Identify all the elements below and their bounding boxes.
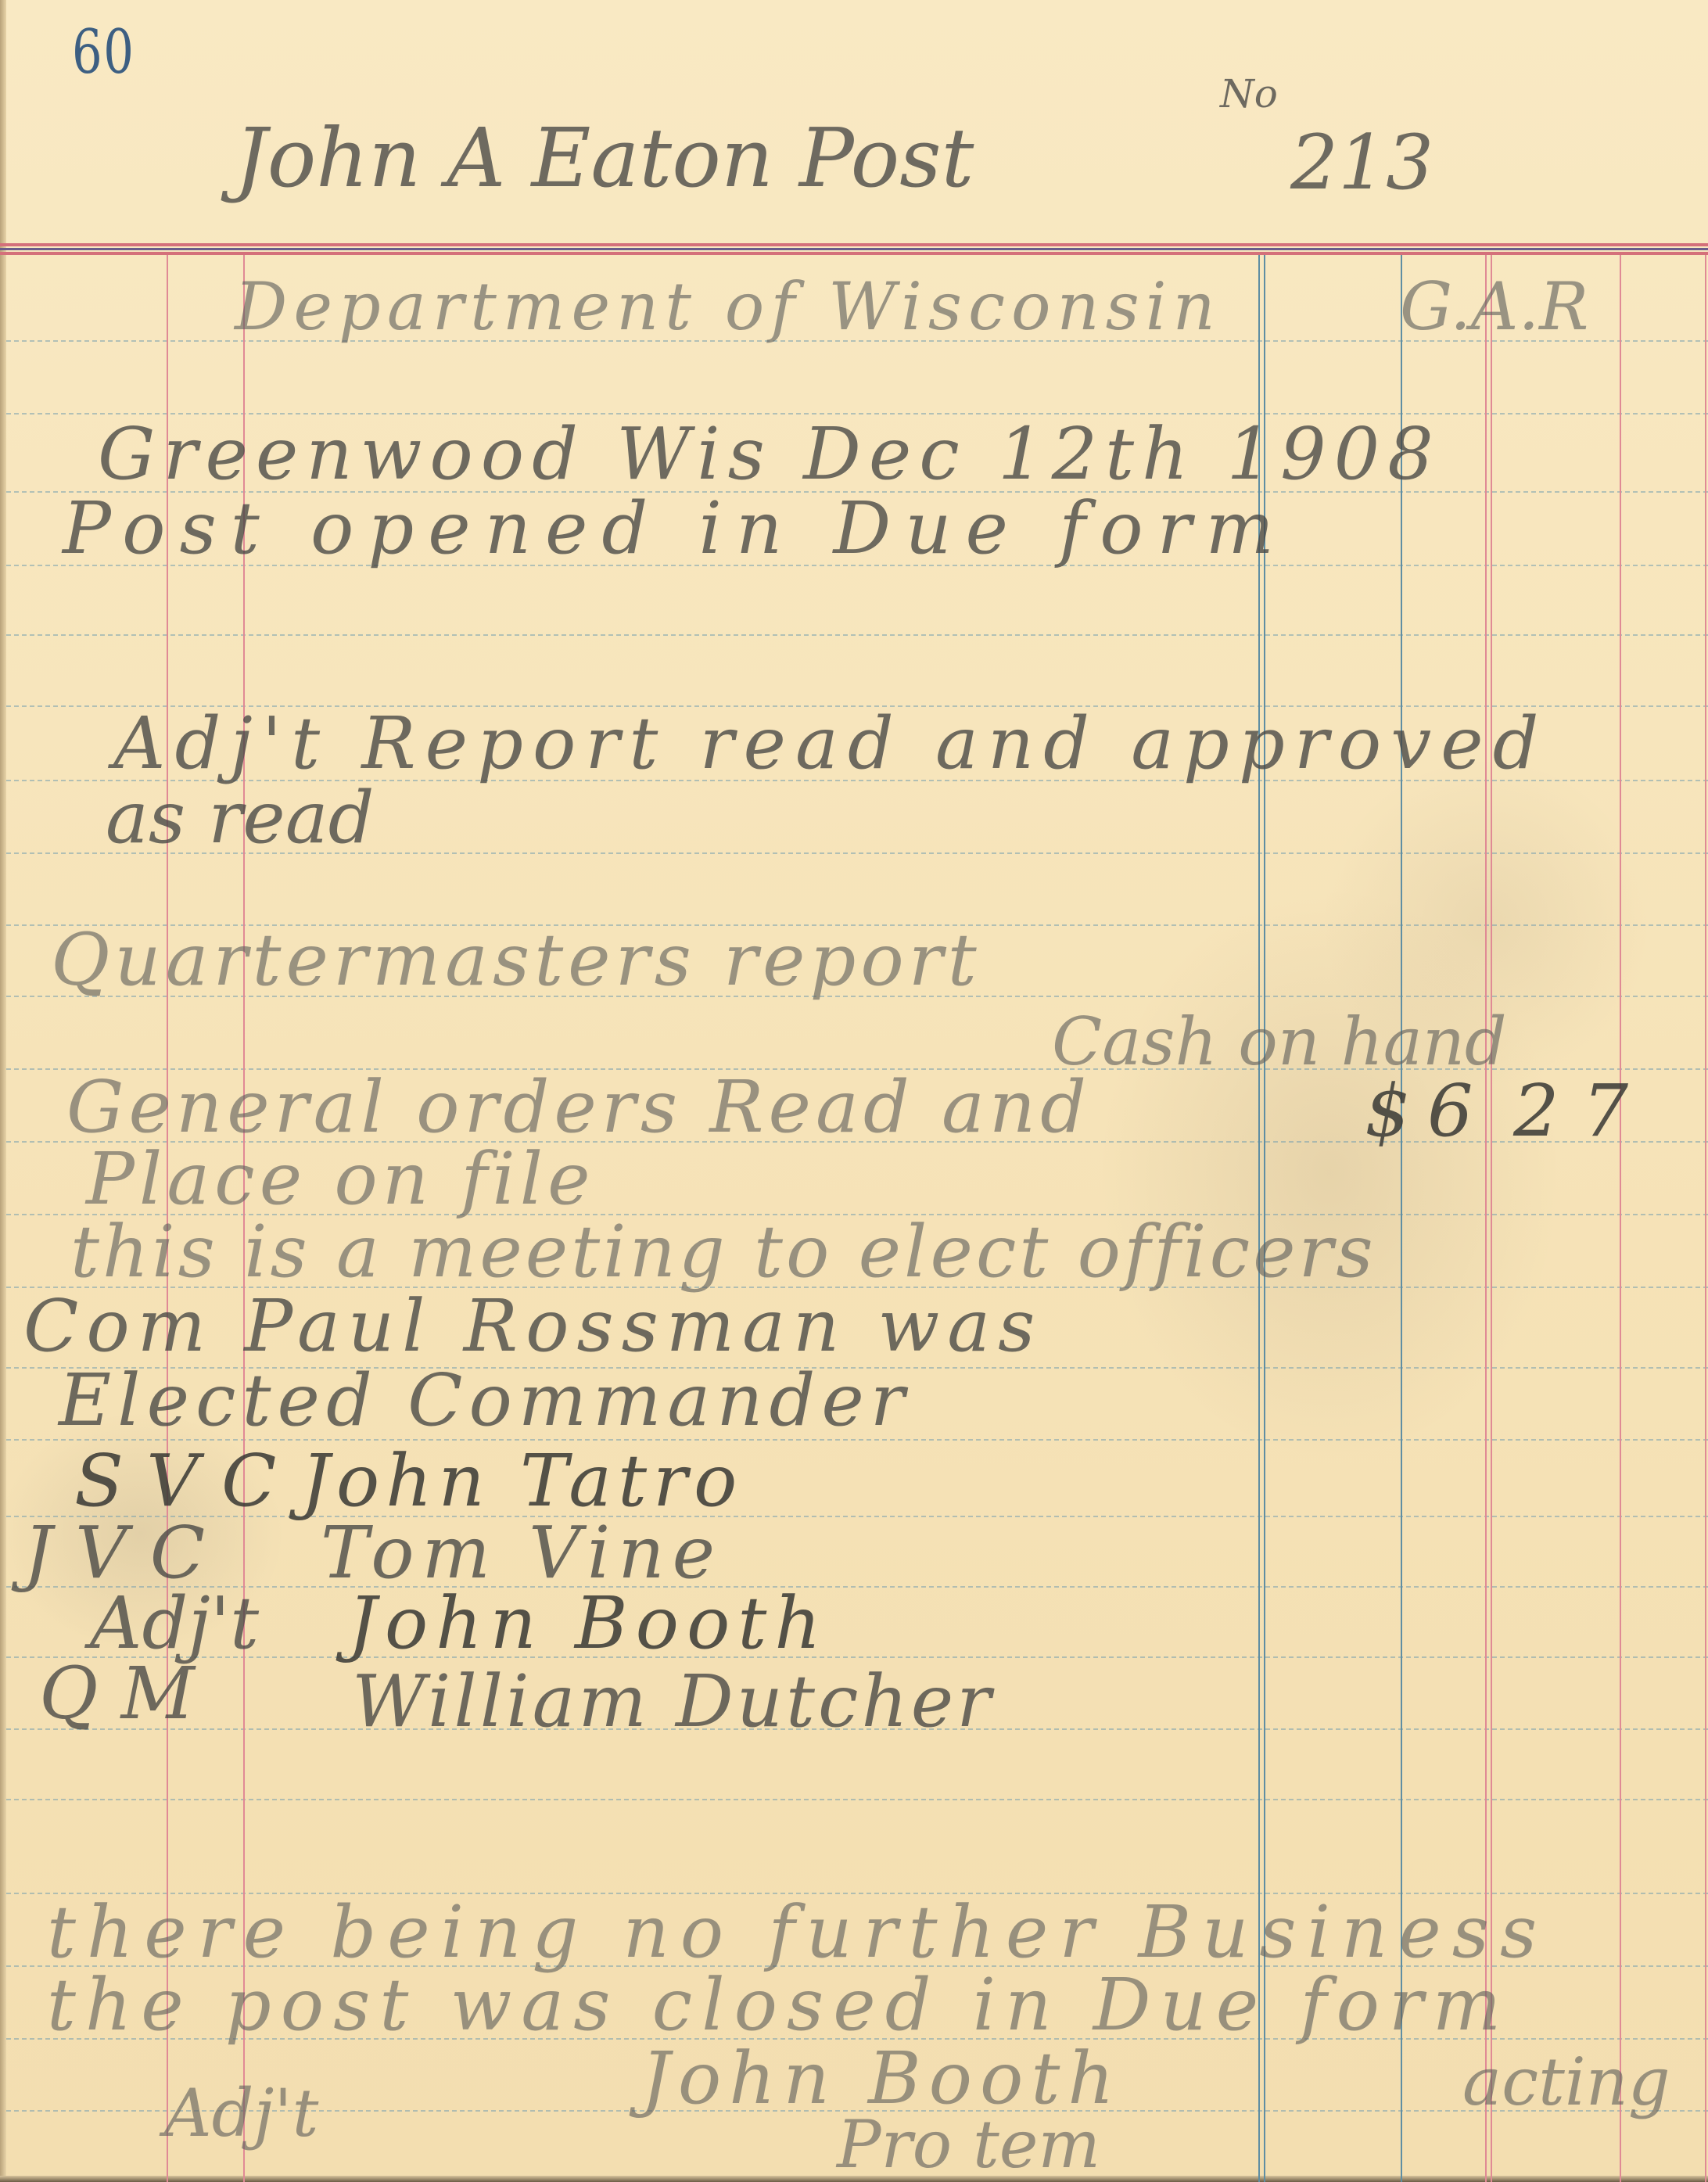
signature-title: Adj't [164,2080,318,2146]
header-rule-red-bottom [0,252,1708,255]
adjutant-report-continued: as read [106,782,374,854]
general-orders: General orders Read and [66,1071,1091,1143]
ruled-line [6,1586,1708,1588]
post-name: John A Eaton Post [235,117,974,199]
election-note: this is a meeting to elect officers [70,1216,1376,1288]
officer-title: Adj't [90,1588,259,1660]
commander-elected-line: Com Paul Rossman was [23,1290,1042,1362]
officer-name: Tom Vine [321,1517,723,1589]
cash-on-hand-label: Cash on hand [1052,1009,1507,1075]
column-rule-red-2 [1620,255,1621,2182]
page-number: 60 [72,17,135,88]
number-abbrev: No [1220,74,1278,113]
header-rule-purple [0,248,1708,250]
ledger-page: 60 John A Eaton Post No 213 Department o… [0,0,1708,2182]
closing-line-1: there being no further Business [47,1897,1548,1968]
place-on-file: Place on file [86,1143,595,1215]
cash-dollars: 6 [1427,1075,1473,1147]
cash-dollar-sign: $ [1365,1075,1411,1147]
place-date: Greenwood Wis Dec 12th 1908 [98,418,1441,490]
page-left-edge [0,0,6,2182]
department-name: Department of Wisconsin [235,274,1222,339]
officer-title: Q M [39,1658,195,1730]
ruled-line [6,634,1708,636]
officer-title: S V C [74,1445,276,1517]
ruled-line [6,1656,1708,1658]
signature-name: John Booth [641,2043,1122,2115]
cash-cents: 27 [1513,1075,1652,1147]
ruled-line [6,1799,1708,1800]
signature-role: acting [1462,2049,1670,2115]
signature-role-2: Pro tem [837,2112,1100,2177]
commander-elected-line-2: Elected Commander [59,1365,911,1437]
officer-name: John Tatro [301,1445,743,1517]
organization-abbrev: G.A.R [1400,274,1588,339]
header-rule-red-top [0,243,1708,246]
officer-name: John Booth [348,1588,829,1660]
closing-line-2: the post was closed in Due form [47,1969,1510,2041]
opening-statement: Post opened in Due form [63,493,1288,565]
officer-name: William Dutcher [352,1666,994,1738]
adjutant-report: Adj't Report read and approved [113,708,1548,780]
post-number: 213 [1290,125,1433,200]
quartermaster-report: Quartermasters report [51,924,981,996]
column-rule-red-3 [1705,255,1706,2182]
officer-title: J V C [23,1517,205,1589]
